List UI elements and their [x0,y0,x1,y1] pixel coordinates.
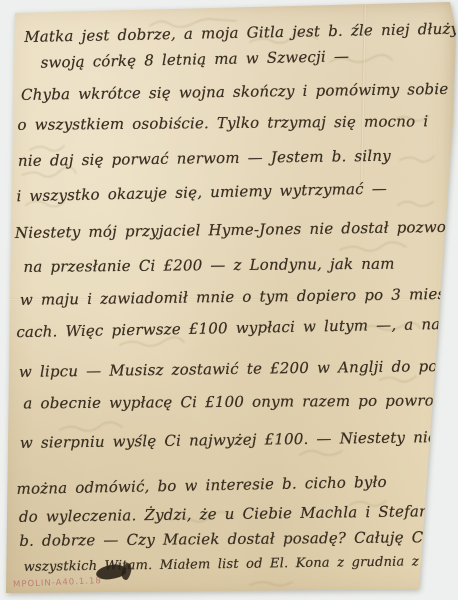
handwriting-line: Niestety mój przyjaciel Hyme-Jones nie d… [15,217,458,242]
handwriting-line: nie daj się porwać nerwom — Jestem b. si… [18,147,391,170]
handwriting-line: a obecnie wypłacę Ci £100 onym razem po … [23,391,456,412]
letter-paper-shadow: Matka jest dobrze, a moja Gitla jest b. … [0,0,458,600]
handwriting-line: cach. Więc pierwsze £100 wypłaci w lutym… [16,314,458,341]
handwriting-line: swoją córkę 8 letnią ma w Szwecji — [40,47,349,71]
handwriting-line: na przesłanie Ci £200 — z Londynu, jak n… [23,255,394,276]
handwriting-line: można odmówić, bo w interesie b. cicho b… [16,473,387,498]
handwriting-line: w maju i zawiadomił mnie o tym dopiero p… [20,285,458,309]
handwriting-line: Matka jest dobrze, a moja Gitla jest b. … [24,20,458,46]
handwriting-line: o wszystkiem osobiście. Tylko trzymaj si… [17,112,428,134]
letter-photo: Matka jest dobrze, a moja Gitla jest b. … [0,0,458,600]
handwriting-line: i wszystko okazuje się, umiemy wytrzymać… [16,179,387,205]
handwriting-line: wszystkich Witam. Miałem list od El. Kon… [24,554,458,575]
handwriting: Matka jest dobrze, a moja Gitla jest b. … [0,0,458,600]
handwriting-line: do wyleczenia. Żydzi, że u Ciebie Machla… [19,502,458,526]
handwriting-line: Chyba wkrótce się wojna skończy i pomówi… [21,80,449,104]
handwriting-line: w sierpniu wyślę Ci najwyżej £100. — Nie… [20,428,437,452]
letter-paper: Matka jest dobrze, a moja Gitla jest b. … [0,0,458,600]
handwriting-line: w lipcu — Musisz zostawić te £200 w Angl… [19,356,458,381]
handwriting-line: b. dobrze — Czy Maciek dostał posadę? Ca… [19,528,437,550]
